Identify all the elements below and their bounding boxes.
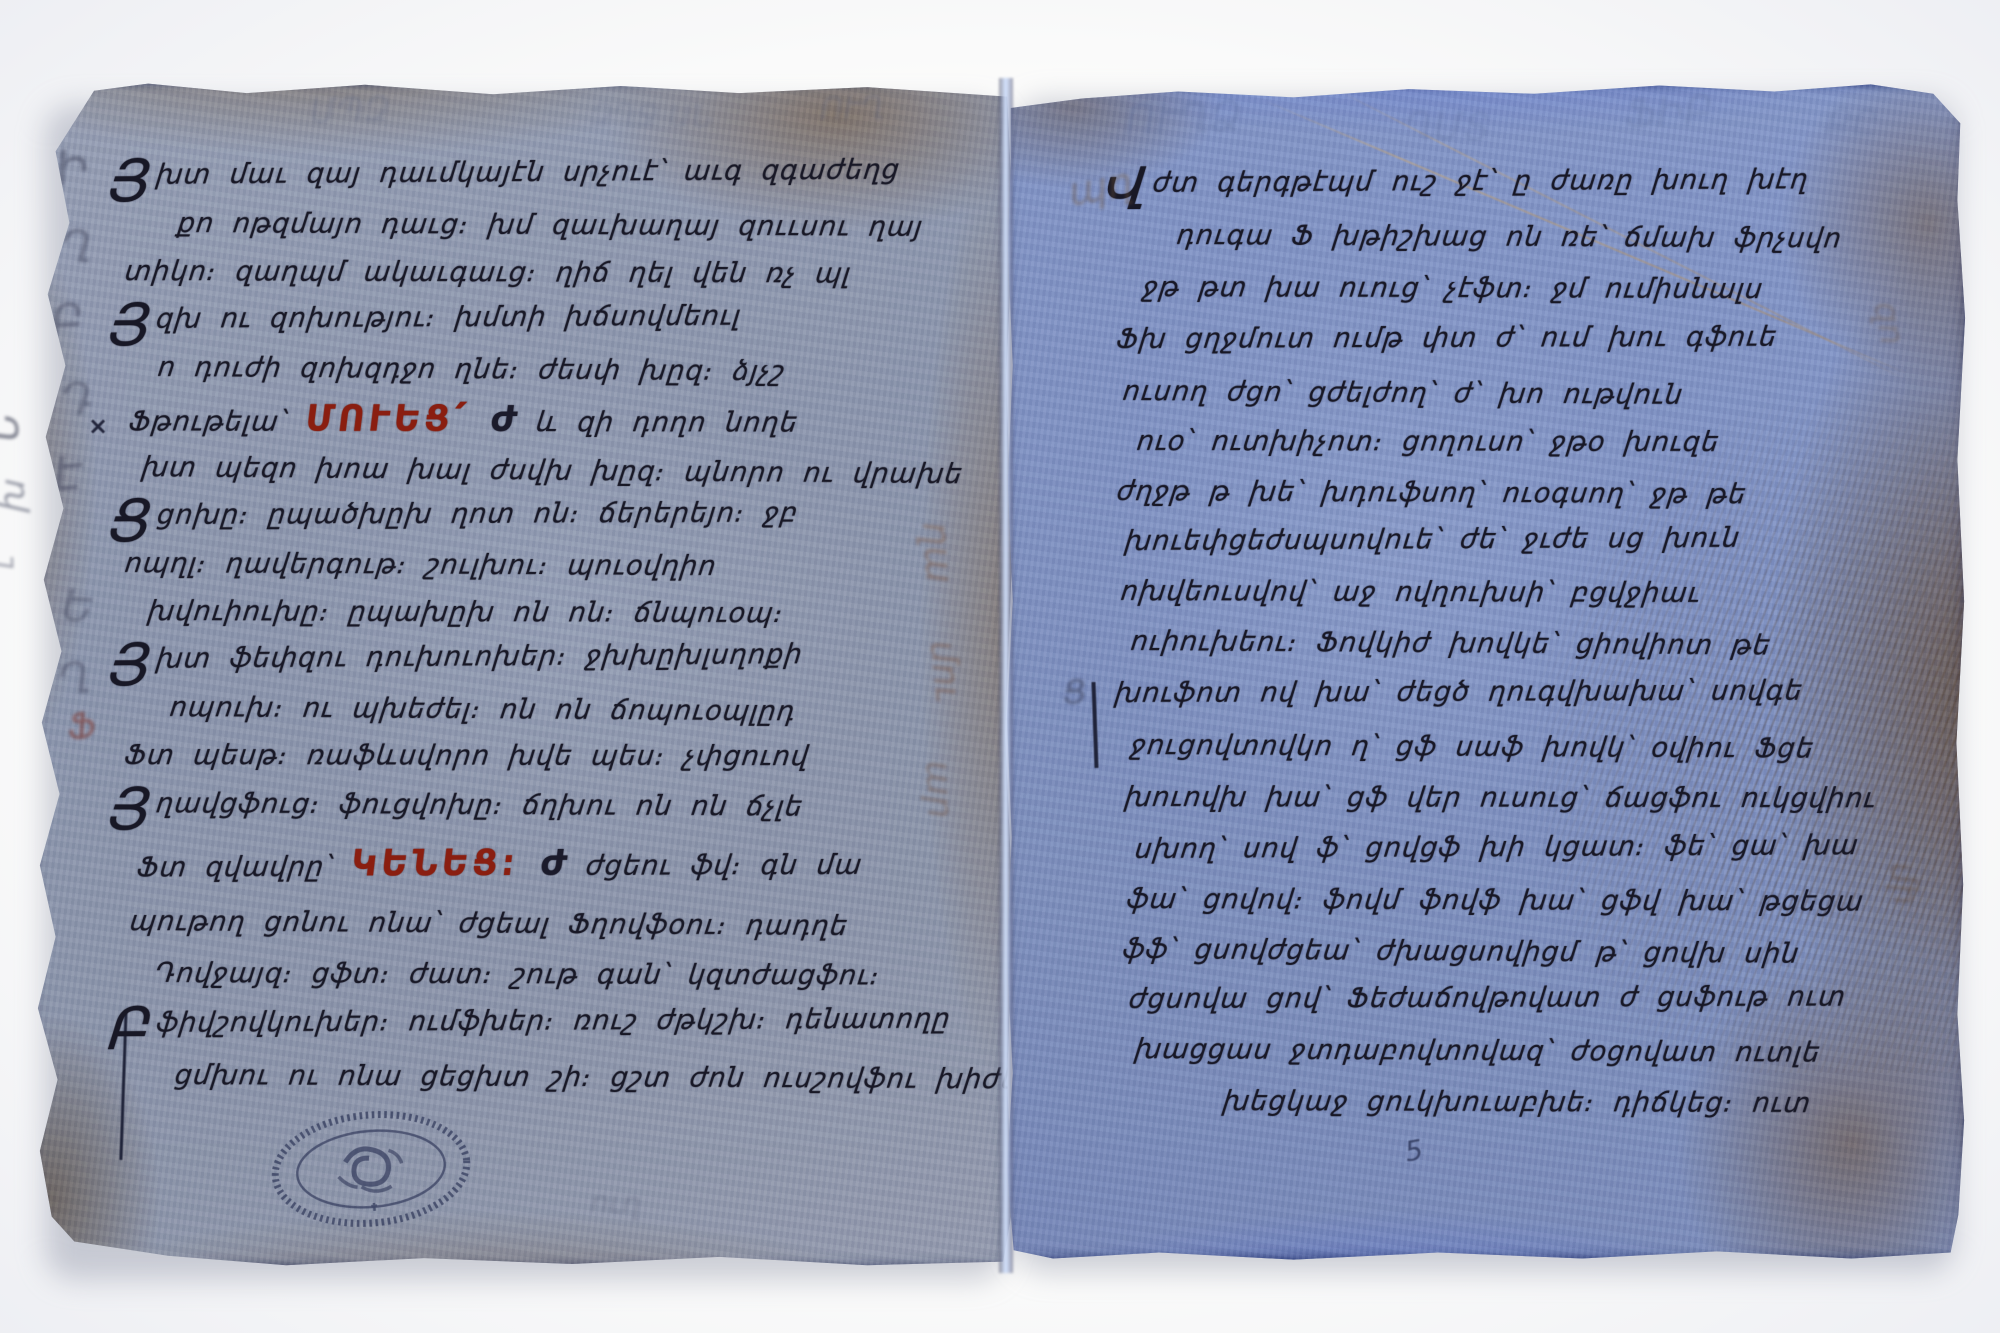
manuscript-line: Վժտ գերգթէպմ ուշ ջէ՝ ը ժառը խուղ խէղ <box>1103 164 1811 199</box>
manuscript-line: խացցաս ջտդաբովտովազ՝ ժօցովատ ուտլե <box>1133 1034 1823 1069</box>
manuscript-line: Դովջայզ։ ցֆտ։ ժատ։ շութ գան՝ կզտժացֆու։ <box>153 958 882 992</box>
folio-number: 5 <box>1402 1133 1425 1169</box>
manuscript-line: խուեփցեժսպսովուե՝ ժե՝ ջւժե սց խուն <box>1123 523 1742 557</box>
library-stamp-icon <box>263 1099 479 1238</box>
manuscript-line: Ֆխ ցղջմուտ ումթ փտ ժ՝ ում խու գֆուե <box>1115 322 1779 355</box>
left-page: × Յխտ մաւ զայ դաւմկայէն սրչուէ՝ աւգ զգաժ… <box>30 80 1015 1270</box>
ghost-undertext: Ղ <box>56 652 93 706</box>
ghost-undertext: Ե <box>60 580 96 633</box>
manuscript-line: խվուիուխը։ ըպախըխ ոն ոն։ ճնպուօպ։ <box>146 596 786 629</box>
manuscript-line: խուովխ խա՝ ցֆ վեր ուսուց՝ ճացֆու ուկցվիո… <box>1123 782 1878 814</box>
ghost-undertext: ՔԸ <box>1824 102 1879 145</box>
manuscript-line: Ֆտ պեսթ։ ռաֆևսվորո խվե պես։ չփցուով <box>123 740 811 772</box>
manuscript-line: Յզխ ու զոխությու։ խմտի խճսովմեուլ <box>108 301 743 335</box>
manuscript-line: ոպղլ։ ղավերգութ։ շուլխու։ պուօվղիո <box>123 548 719 582</box>
manuscript-line: Յխտ մաւ զայ դաւմկայէն սրչուէ՝ աւգ զգաժեղ… <box>108 154 902 191</box>
ghost-undertext: զո <box>1865 299 1912 348</box>
line-initial-flourish: Յ <box>105 631 156 699</box>
line-initial-flourish: Յ <box>105 147 156 215</box>
manuscript-line: Ցցոխը։ ըպածխըխ ղոտ ոն։ ճերերեյո։ ջբ <box>108 498 800 531</box>
ghost-undertext: ՈՒՂ <box>820 89 885 128</box>
manuscript-line: ոպուխ։ ու պխեժել։ ոն ոն ճոպուօպլըդ <box>168 692 798 727</box>
manuscript-line: ուօ՝ ուտխիչոտ։ ցողուսո՝ ջթօ խուզե <box>1135 426 1721 458</box>
manuscript-line: Յղավցֆուց։ ֆուցվոխը։ ճղխու ոն ոն ճչլե <box>108 788 805 823</box>
manuscript-line: Ֆտ զվավրը՝ ԿԵՆԵՑ։ Ժ ժցեու ֆվ։ գն մա <box>135 839 865 885</box>
ghost-undertext: ւ <box>0 556 21 570</box>
ghost-undertext: ԶՂՋ ԱՆ <box>590 98 714 135</box>
manuscript-line: խտ պեզո խոա խալ ժսվխ խըզ։ պնորո ու վրախե <box>140 452 965 490</box>
ghost-undertext: ար <box>918 760 961 819</box>
manuscript-line: ոխվեուսվով՝ աջ ովղուխսի՝ բցվջիաւ <box>1119 576 1703 609</box>
manuscript-line: Բֆիվշովկուխեր։ ումֆխեր։ ռուշ ժթկշխ։ դենա… <box>108 1004 952 1039</box>
page-gutter <box>999 78 1013 1273</box>
manuscript-line: ջթ թտ խա ուուց՝ չէֆտ։ ջմ ումիսնալս <box>1141 272 1765 305</box>
ghost-undertext: մի <box>1881 860 1925 907</box>
pen-stroke <box>1092 682 1099 768</box>
ghost-undertext: ՂՄՏ <box>1405 104 1491 149</box>
manuscript-line: տիկո։ զաղպմ ակաւգաւց։ ղիճ ղել վեն ռչ պլ <box>123 256 853 290</box>
manuscript-line: ֆֆ՝ ցսովժցեա՝ ժխացսովիցմ թ՝ ցովխ սին <box>1121 934 1802 970</box>
ghost-undertext: ուղ <box>589 1185 641 1222</box>
manuscript-line: ո դուժի զոխզդջո ղնե։ ժեսփ խըզ։ ձյչշ <box>156 352 788 387</box>
manuscript-line: ուսող ժցո՝ ցժելժող՝ ժ՝ խո ութվուն <box>1121 376 1685 411</box>
right-page: 5 Վժտ գերգթէպմ ուշ ջէ՝ ը ժառը խուղ խէղդո… <box>1005 82 1967 1262</box>
manuscript-line: ցմխու ու ոնա ցեցխտ շի։ ցշտ ժոն ուսշովֆու… <box>173 1060 1015 1096</box>
manuscript-line: Յխտ ֆեփզու դուխուոխեր։ ջխխըխլսղոքի <box>108 639 804 675</box>
manuscript-line: ժղջթ թ խե՝ խդուֆսող՝ ուօգսող՝ ջթ թե <box>1115 476 1749 510</box>
manuscript-line: ջուցովտովկո ղ՝ ցֆ սաֆ խովկ՝ օվիու Ֆցե <box>1129 730 1816 765</box>
ghost-undertext: ՖԻԲ <box>1624 87 1715 138</box>
ghost-undertext: Ց <box>1062 672 1088 712</box>
manuscript-line: դուգա Ֆ խթիշխաց ոն ռե՝ ճմախ ֆրչսվո <box>1175 220 1844 254</box>
line-initial-flourish: Ց <box>105 487 157 555</box>
ghost-undertext: մու <box>922 638 969 703</box>
manuscript-line: խեցկաջ ցուկխուաբխե։ դիճկեց։ ուտ <box>1221 1086 1813 1119</box>
manuscript-line: ուիուխեու։ Ֆովկիժ խովկե՝ ցիովիոտ թե <box>1129 626 1773 661</box>
ghost-undertext: ՄՊԶ <box>309 89 391 132</box>
ghost-undertext: ՈՒՂՁ <box>1124 92 1243 145</box>
line-initial-flourish: Յ <box>105 291 156 359</box>
ghost-undertext: Ն <box>0 412 29 444</box>
ghost-undertext: Դ <box>57 372 96 427</box>
manuscript-line: խուֆոտ ով խա՝ ժեցծ ղուգվխախա՝ սովգե <box>1113 676 1805 709</box>
manuscript-line: քո ոթզմայո դաւց։ խմ զաւխաղայ զոււսու ղայ <box>176 208 925 243</box>
manuscript-line: ժցսովա ցով՝ Ֆեժաճովթովատ ժ ցսֆութ ուտ <box>1127 981 1848 1015</box>
ghost-undertext: ղա <box>914 520 962 584</box>
manuscript-line: Ֆթութելա՝ ՄՈՒԵՑ՛ Ժ և զի դողո նողե <box>127 396 801 440</box>
ghost-undertext: Ֆ <box>65 704 99 749</box>
manuscript-line: սխող՝ սով ֆ՝ ցովցֆ խի կցատ։ ֆե՝ ցա՝ խա <box>1133 830 1860 865</box>
manuscript-photo: × Յխտ մաւ զայ դաւմկայէն սրչուէ՝ աւգ զգաժ… <box>0 0 2000 1333</box>
manuscript-line: պութող ցոնու ոնա՝ ժցեալ Ֆղովֆօու։ դադղե <box>128 906 850 942</box>
line-initial-flourish: Յ <box>105 775 157 843</box>
ghost-undertext: խ <box>0 478 33 513</box>
manuscript-line: ֆա՝ ցովով։ ֆովմ ֆովֆ խա՝ ցֆվ խա՝ թցեցա <box>1125 884 1866 918</box>
line-initial-flourish: Բ <box>105 995 157 1063</box>
